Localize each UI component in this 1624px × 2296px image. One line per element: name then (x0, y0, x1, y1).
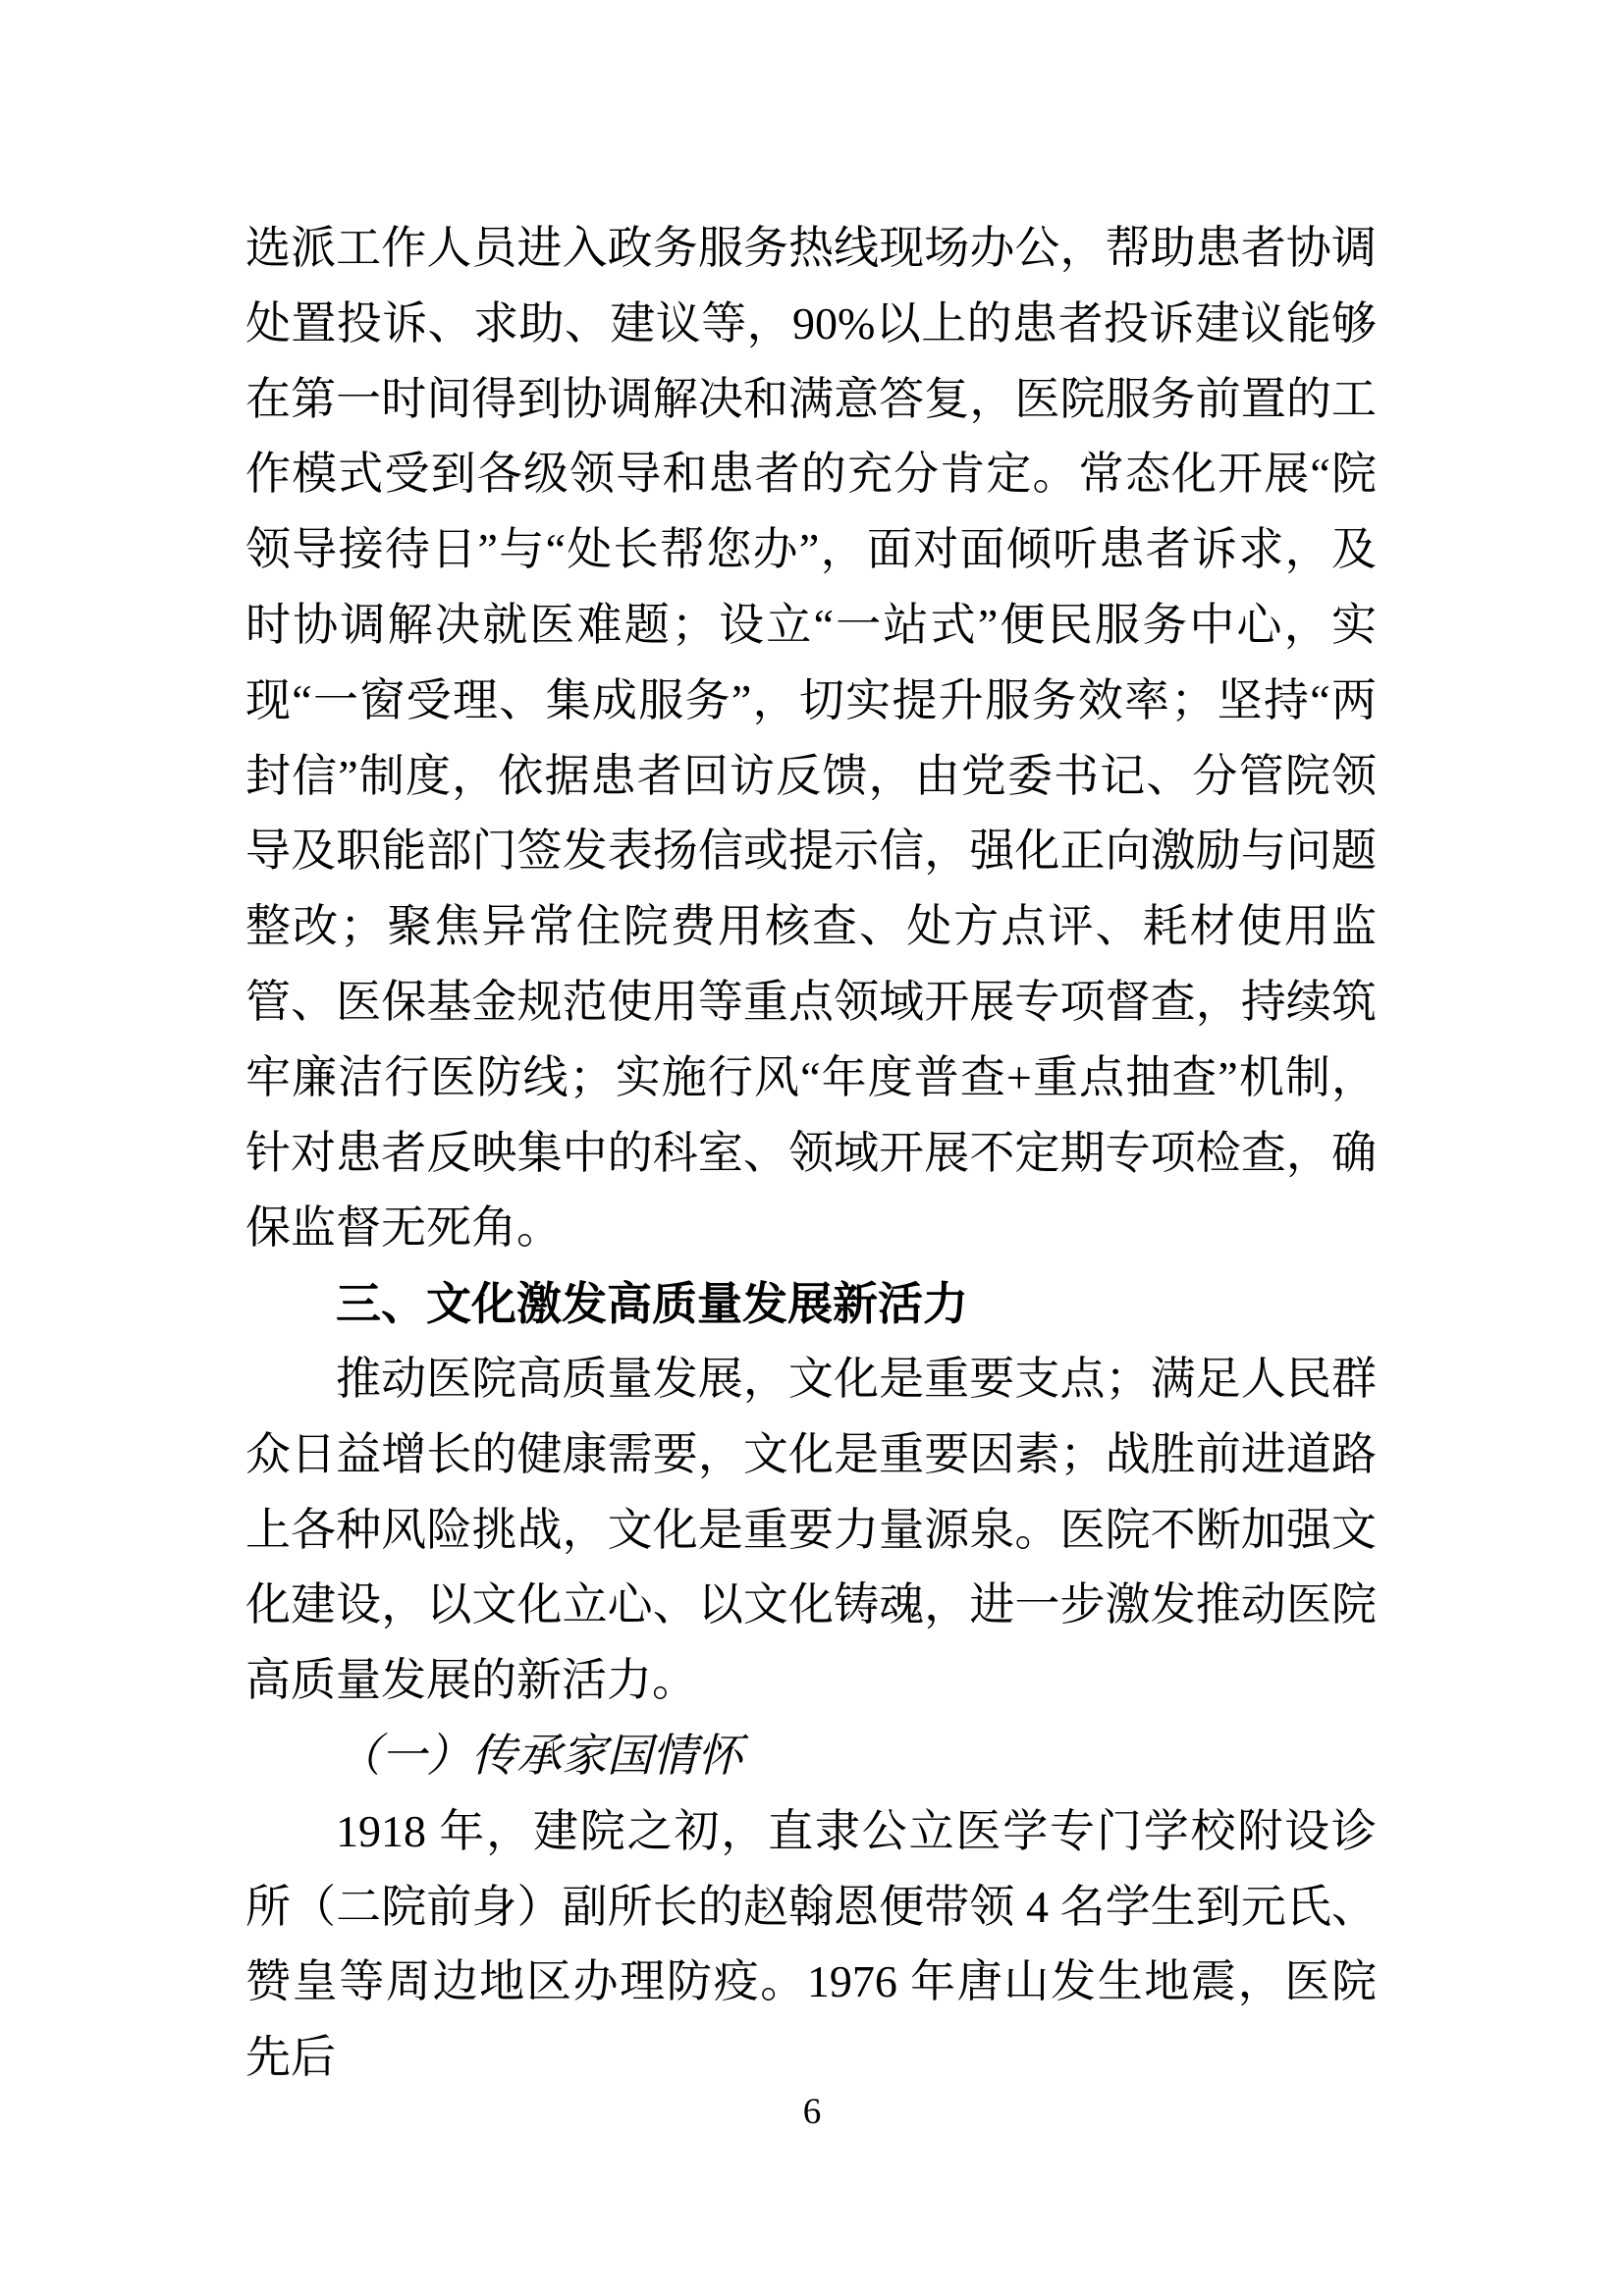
body-paragraph: 1918 年，建院之初，直隶公立医学专门学校附设诊所（二院前身）副所长的赵翰恩便… (245, 1794, 1377, 2096)
page-number: 6 (0, 2093, 1624, 2132)
section-heading: 三、文化激发高质量发展新活力 (245, 1266, 1377, 1342)
body-paragraph: 推动医院高质量发展，文化是重要支点；满足人民群众日益增长的健康需要，文化是重要因… (245, 1342, 1377, 1719)
document-page: 选派工作人员进入政务服务热线现场办公，帮助患者协调处置投诉、求助、建议等，90%… (0, 0, 1624, 2296)
body-paragraph-continuation: 选派工作人员进入政务服务热线现场办公，帮助患者协调处置投诉、求助、建议等，90%… (245, 211, 1377, 1266)
subsection-heading: （一）传承家国情怀 (245, 1719, 1377, 1794)
text-area: 选派工作人员进入政务服务热线现场办公，帮助患者协调处置投诉、求助、建议等，90%… (245, 211, 1377, 2096)
